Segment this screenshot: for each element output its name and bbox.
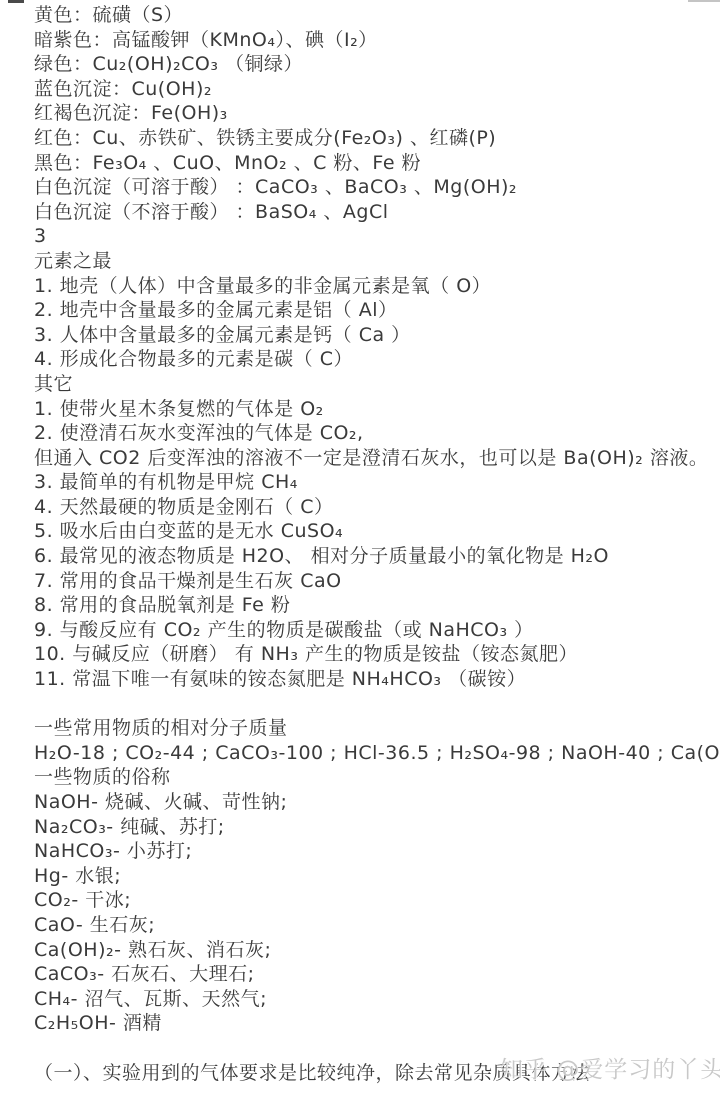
text-line: 但通入 CO2 后变浑浊的溶液不一定是澄清石灰水，也可以是 Ba(OH)₂ 溶液… [34,446,714,471]
text-line: 1. 使带火星木条复燃的气体是 O₂ [34,397,714,422]
text-line: 一些常用物质的相对分子质量 [34,716,714,741]
text-line: 白色沉淀（不溶于酸） ：BaSO₄ 、AgCl [34,200,714,225]
text-line: 8. 常用的食品脱氧剂是 Fe 粉 [34,593,714,618]
text-line: 元素之最 [34,249,714,274]
text-line: 3 [34,224,714,249]
text-line: NaOH- 烧碱、火碱、苛性钠; [34,790,714,815]
text-line [34,692,714,717]
handwritten-chemistry-notes-page: 黄色：硫磺（S）暗紫色：高锰酸钾（KMnO₄）、碘（I₂）绿色：Cu₂(OH)₂… [0,0,720,1103]
notes-text-block: 黄色：硫磺（S）暗紫色：高锰酸钾（KMnO₄）、碘（I₂）绿色：Cu₂(OH)₂… [34,3,714,1085]
text-line: 绿色：Cu₂(OH)₂CO₃ （铜绿） [34,52,714,77]
text-line: 7. 常用的食品干燥剂是生石灰 CaO [34,569,714,594]
text-line: 2. 使澄清石灰水变浑浊的气体是 CO₂, [34,421,714,446]
text-line: 黑色：Fe₃O₄ 、CuO、MnO₂ 、C 粉、Fe 粉 [34,151,714,176]
text-line: 一些物质的俗称 [34,765,714,790]
text-line: 10. 与碱反应（研磨） 有 NH₃ 产生的物质是铵盐（铵态氮肥） [34,642,714,667]
text-line: CaO- 生石灰; [34,913,714,938]
text-line: 黄色：硫磺（S） [34,3,714,28]
text-line: 蓝色沉淀：Cu(OH)₂ [34,77,714,102]
text-line: 4. 天然最硬的物质是金刚石（ C） [34,495,714,520]
text-line: 4. 形成化合物最多的元素是碳（ C） [34,347,714,372]
zhihu-author-watermark: 知乎 @爱学习的丫头 [500,1051,720,1084]
text-line: Na₂CO₃- 纯碱、苏打; [34,815,714,840]
text-line: 11. 常温下唯一有氨味的铵态氮肥是 NH₄HCO₃ （碳铵） [34,667,714,692]
text-line: C₂H₅OH- 酒精 [34,1011,714,1036]
text-line: NaHCO₃- 小苏打; [34,839,714,864]
scan-artifact-top-right [688,0,720,2]
text-line: 9. 与酸反应有 CO₂ 产生的物质是碳酸盐（或 NaHCO₃ ） [34,618,714,643]
text-line: 其它 [34,372,714,397]
text-line: 3. 最简单的有机物是甲烷 CH₄ [34,470,714,495]
text-line: CaCO₃- 石灰石、大理石; [34,962,714,987]
text-line: 暗紫色：高锰酸钾（KMnO₄）、碘（I₂） [34,28,714,53]
text-line: CH₄- 沼气、瓦斯、天然气; [34,987,714,1012]
text-line: 6. 最常见的液态物质是 H2O、 相对分子质量最小的氧化物是 H₂O [34,544,714,569]
text-line: 5. 吸水后由白变蓝的是无水 CuSO₄ [34,519,714,544]
text-line: 1. 地壳（人体）中含量最多的非金属元素是氧（ O） [34,274,714,299]
scan-artifact-top-left [8,0,24,3]
text-line: H₂O-18 ; CO₂-44 ; CaCO₃-100 ; HCl-36.5 ;… [34,741,714,766]
text-line: CO₂- 干冰; [34,888,714,913]
text-line: 2. 地壳中含量最多的金属元素是铝（ Al） [34,298,714,323]
text-line: 白色沉淀（可溶于酸） ：CaCO₃ 、BaCO₃ 、Mg(OH)₂ [34,175,714,200]
text-line: 3. 人体中含量最多的金属元素是钙（ Ca ） [34,323,714,348]
text-line: 红褐色沉淀：Fe(OH)₃ [34,101,714,126]
text-line: Ca(OH)₂- 熟石灰、消石灰; [34,938,714,963]
text-line: Hg- 水银; [34,864,714,889]
text-line: 红色：Cu、赤铁矿、铁锈主要成分(Fe₂O₃) 、红磷(P) [34,126,714,151]
